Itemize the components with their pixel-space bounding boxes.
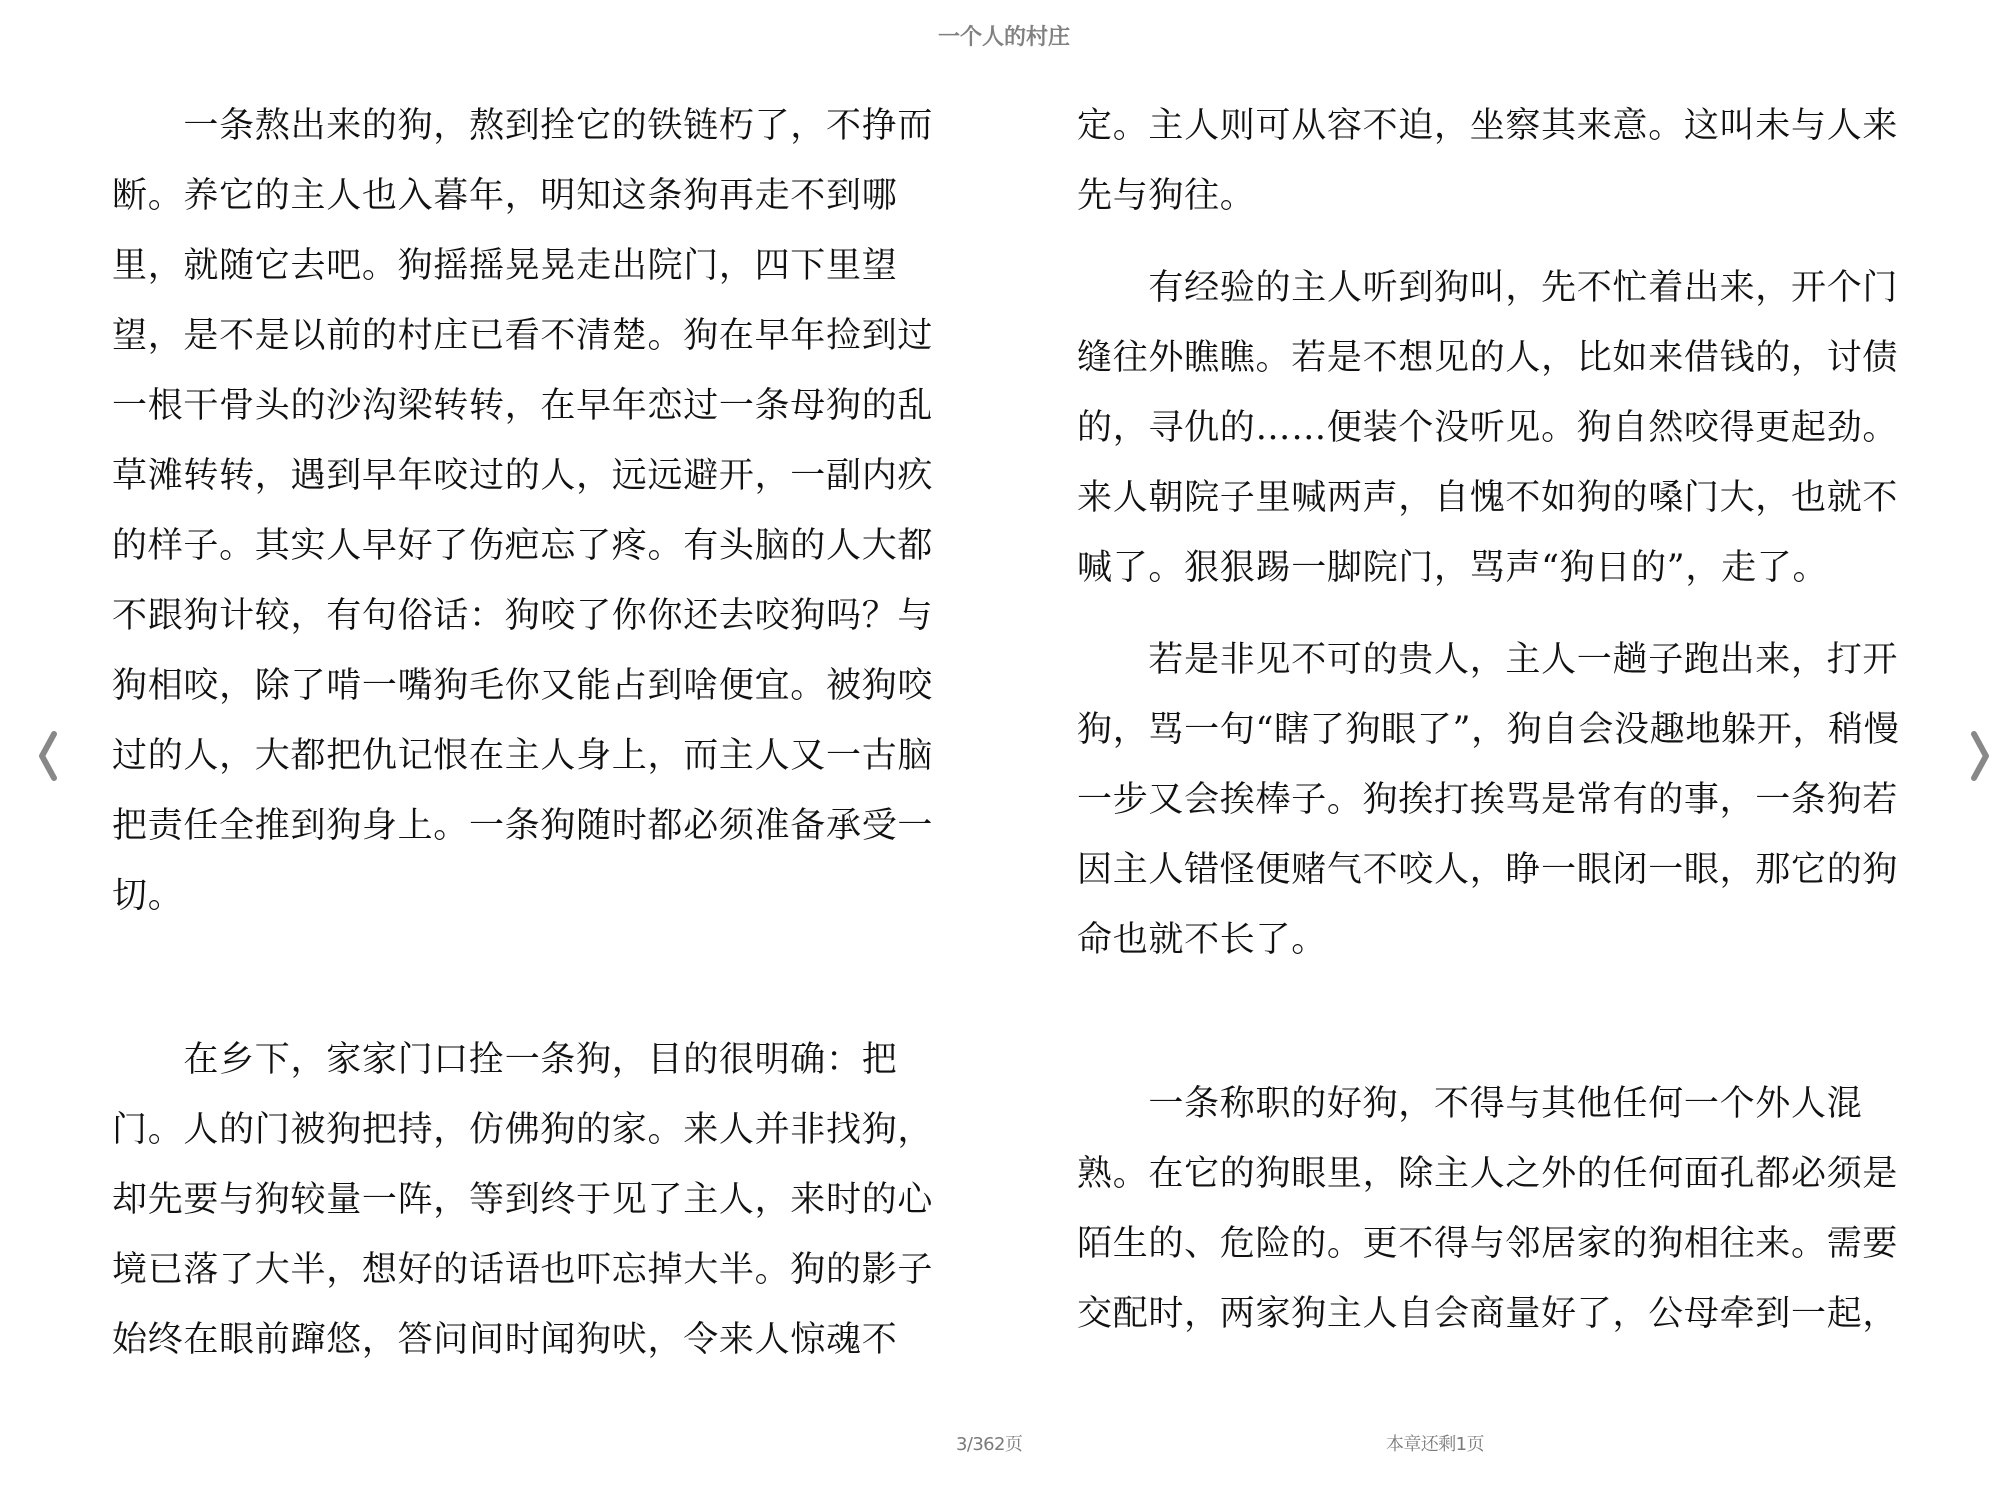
text-line: 过的人，大都把仇记恨在主人身上，而主人又一古脑 [112, 734, 933, 778]
previous-page-button[interactable] [30, 724, 70, 788]
text-line: 先与狗往。 [1077, 174, 1256, 218]
text-line: 的，寻仇的……便装个没听见。狗自然咬得更起劲。 [1077, 406, 1898, 450]
chapter-remaining-label: 本章还剩1页 [1386, 1433, 1484, 1457]
text-line: 若是非见不可的贵人，主人一趟子跑出来，打开 [1148, 638, 1898, 682]
text-line: 一条熬出来的狗，熬到拴它的铁链朽了，不挣而 [183, 104, 933, 148]
text-line: 缝往外瞧瞧。若是不想见的人，比如来借钱的，讨债 [1077, 336, 1898, 380]
text-line: 始终在眼前蹿悠，答问间时闻狗吠，令来人惊魂不 [112, 1318, 897, 1362]
text-line: 交配时，两家狗主人自会商量好了，公母牵到一起， [1077, 1292, 1898, 1336]
next-page-button[interactable] [1958, 724, 1998, 788]
text-line: 喊了。狠狠踢一脚院门，骂声“狗日的”，走了。 [1077, 546, 1828, 590]
text-line: 来人朝院子里喊两声，自愧不如狗的嗓门大，也就不 [1077, 476, 1898, 520]
text-line: 陌生的、危险的。更不得与邻居家的狗相往来。需要 [1077, 1222, 1898, 1266]
text-line: 把责任全推到狗身上。一条狗随时都必须准备承受一 [112, 804, 933, 848]
text-line: 一条称职的好狗，不得与其他任何一个外人混 [1148, 1082, 1862, 1126]
text-line: 一步又会挨棒子。狗挨打挨骂是常有的事，一条狗若 [1077, 778, 1898, 822]
text-line: 断。养它的主人也入暮年，明知这条狗再走不到哪 [112, 174, 897, 218]
text-line: 门。人的门被狗把持，仿佛狗的家。来人并非找狗， [112, 1108, 933, 1152]
text-line: 熟。在它的狗眼里，除主人之外的任何面孔都必须是 [1077, 1152, 1898, 1196]
text-line: 望，是不是以前的村庄已看不清楚。狗在早年捡到过 [112, 314, 933, 358]
text-line: 命也就不长了。 [1077, 918, 1327, 962]
left-page: 一条熬出来的狗，熬到拴它的铁链朽了，不挣而断。养它的主人也入暮年，明知这条狗再走… [112, 0, 938, 1400]
text-line: 里，就随它去吧。狗摇摇晃晃走出院门，四下里望 [112, 244, 897, 288]
text-line: 不跟狗计较，有句俗话：狗咬了你你还去咬狗吗？与 [112, 594, 933, 638]
text-line: 因主人错怪便赌气不咬人，睁一眼闭一眼，那它的狗 [1077, 848, 1898, 892]
page-number: 3/362页 [956, 1433, 1022, 1457]
text-line: 定。主人则可从容不迫，坐察其来意。这叫未与人来 [1077, 104, 1898, 148]
text-line: 的样子。其实人早好了伤疤忘了疼。有头脑的人大都 [112, 524, 933, 568]
text-line: 狗，骂一句“瞎了狗眼了”，狗自会没趣地躲开，稍慢 [1077, 708, 1900, 752]
text-line: 草滩转转，遇到早年咬过的人，远远避开，一副内疚 [112, 454, 933, 498]
text-line: 切。 [112, 874, 183, 918]
text-line: 在乡下，家家门口拴一条狗，目的很明确：把 [183, 1038, 897, 1082]
right-page: 定。主人则可从容不迫，坐察其来意。这叫未与人来先与狗往。有经验的主人听到狗叫，先… [1077, 0, 1907, 1400]
text-line: 狗相咬，除了啃一嘴狗毛你又能占到啥便宜。被狗咬 [112, 664, 933, 708]
chevron-left-icon [30, 724, 70, 788]
text-line: 却先要与狗较量一阵，等到终于见了主人，来时的心 [112, 1178, 933, 1222]
chevron-right-icon [1958, 724, 1998, 788]
text-line: 一根干骨头的沙沟梁转转，在早年恋过一条母狗的乱 [112, 384, 933, 428]
text-line: 境已落了大半，想好的话语也吓忘掉大半。狗的影子 [112, 1248, 933, 1292]
text-line: 有经验的主人听到狗叫，先不忙着出来，开个门 [1148, 266, 1898, 310]
